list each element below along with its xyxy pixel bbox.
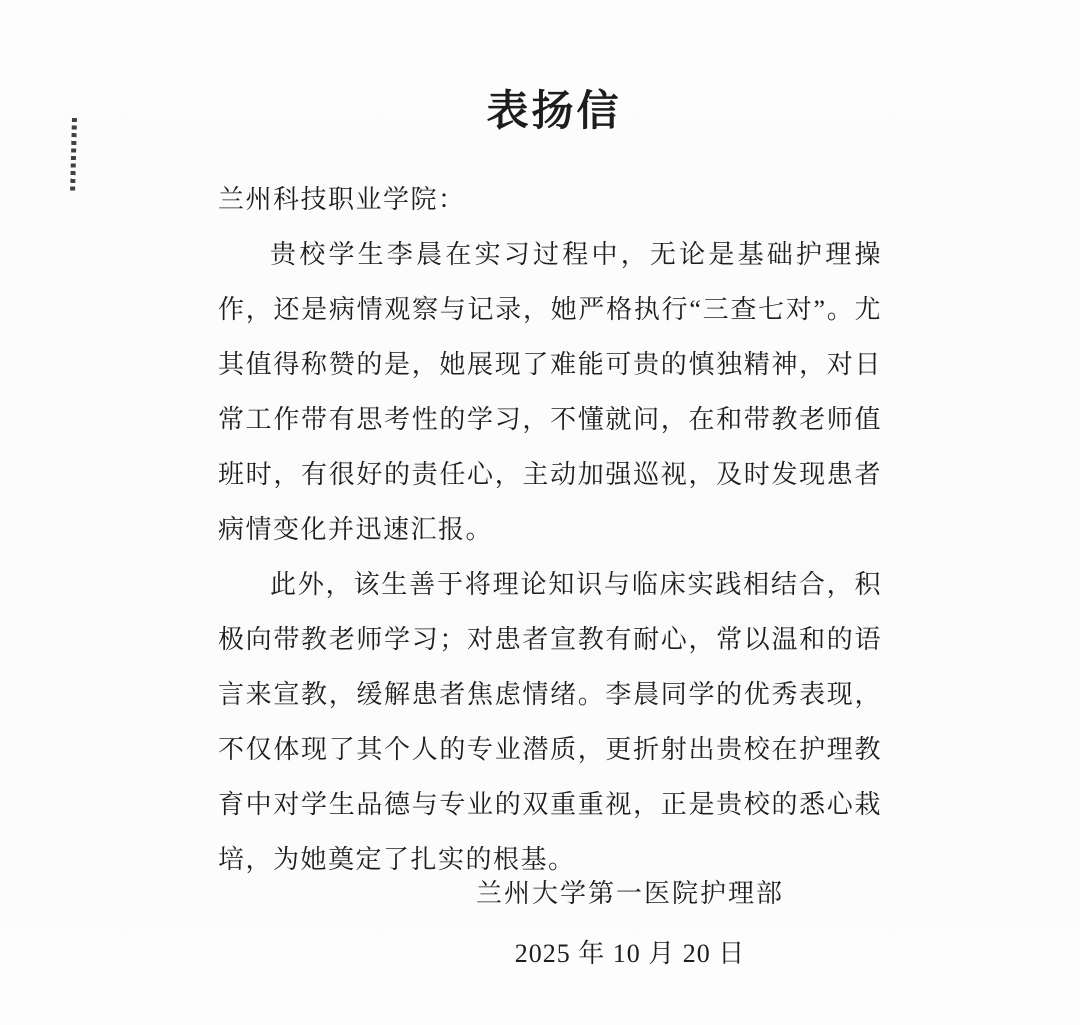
scanned-letter-page: 表扬信 兰州科技职业学院： 贵校学生李晨在实习过程中，无论是基础护理操作，还是病… bbox=[0, 0, 1080, 1025]
signature-organization: 兰州大学第一医院护理部 bbox=[420, 876, 840, 912]
letter-salutation: 兰州科技职业学院： bbox=[218, 172, 882, 227]
letter-paragraph-1: 贵校学生李晨在实习过程中，无论是基础护理操作，还是病情观察与记录，她严格执行“三… bbox=[218, 227, 882, 557]
signature-block: 兰州大学第一医院护理部 2025 年 10 月 20 日 bbox=[420, 876, 840, 972]
letter-paragraph-2: 此外，该生善于将理论知识与临床实践相结合，积极向带教老师学习；对患者宣教有耐心，… bbox=[218, 557, 882, 887]
letter-body: 兰州科技职业学院： 贵校学生李晨在实习过程中，无论是基础护理操作，还是病情观察与… bbox=[218, 172, 882, 887]
letter-title: 表扬信 bbox=[14, 78, 1080, 138]
letter-date: 2025 年 10 月 20 日 bbox=[420, 936, 840, 972]
